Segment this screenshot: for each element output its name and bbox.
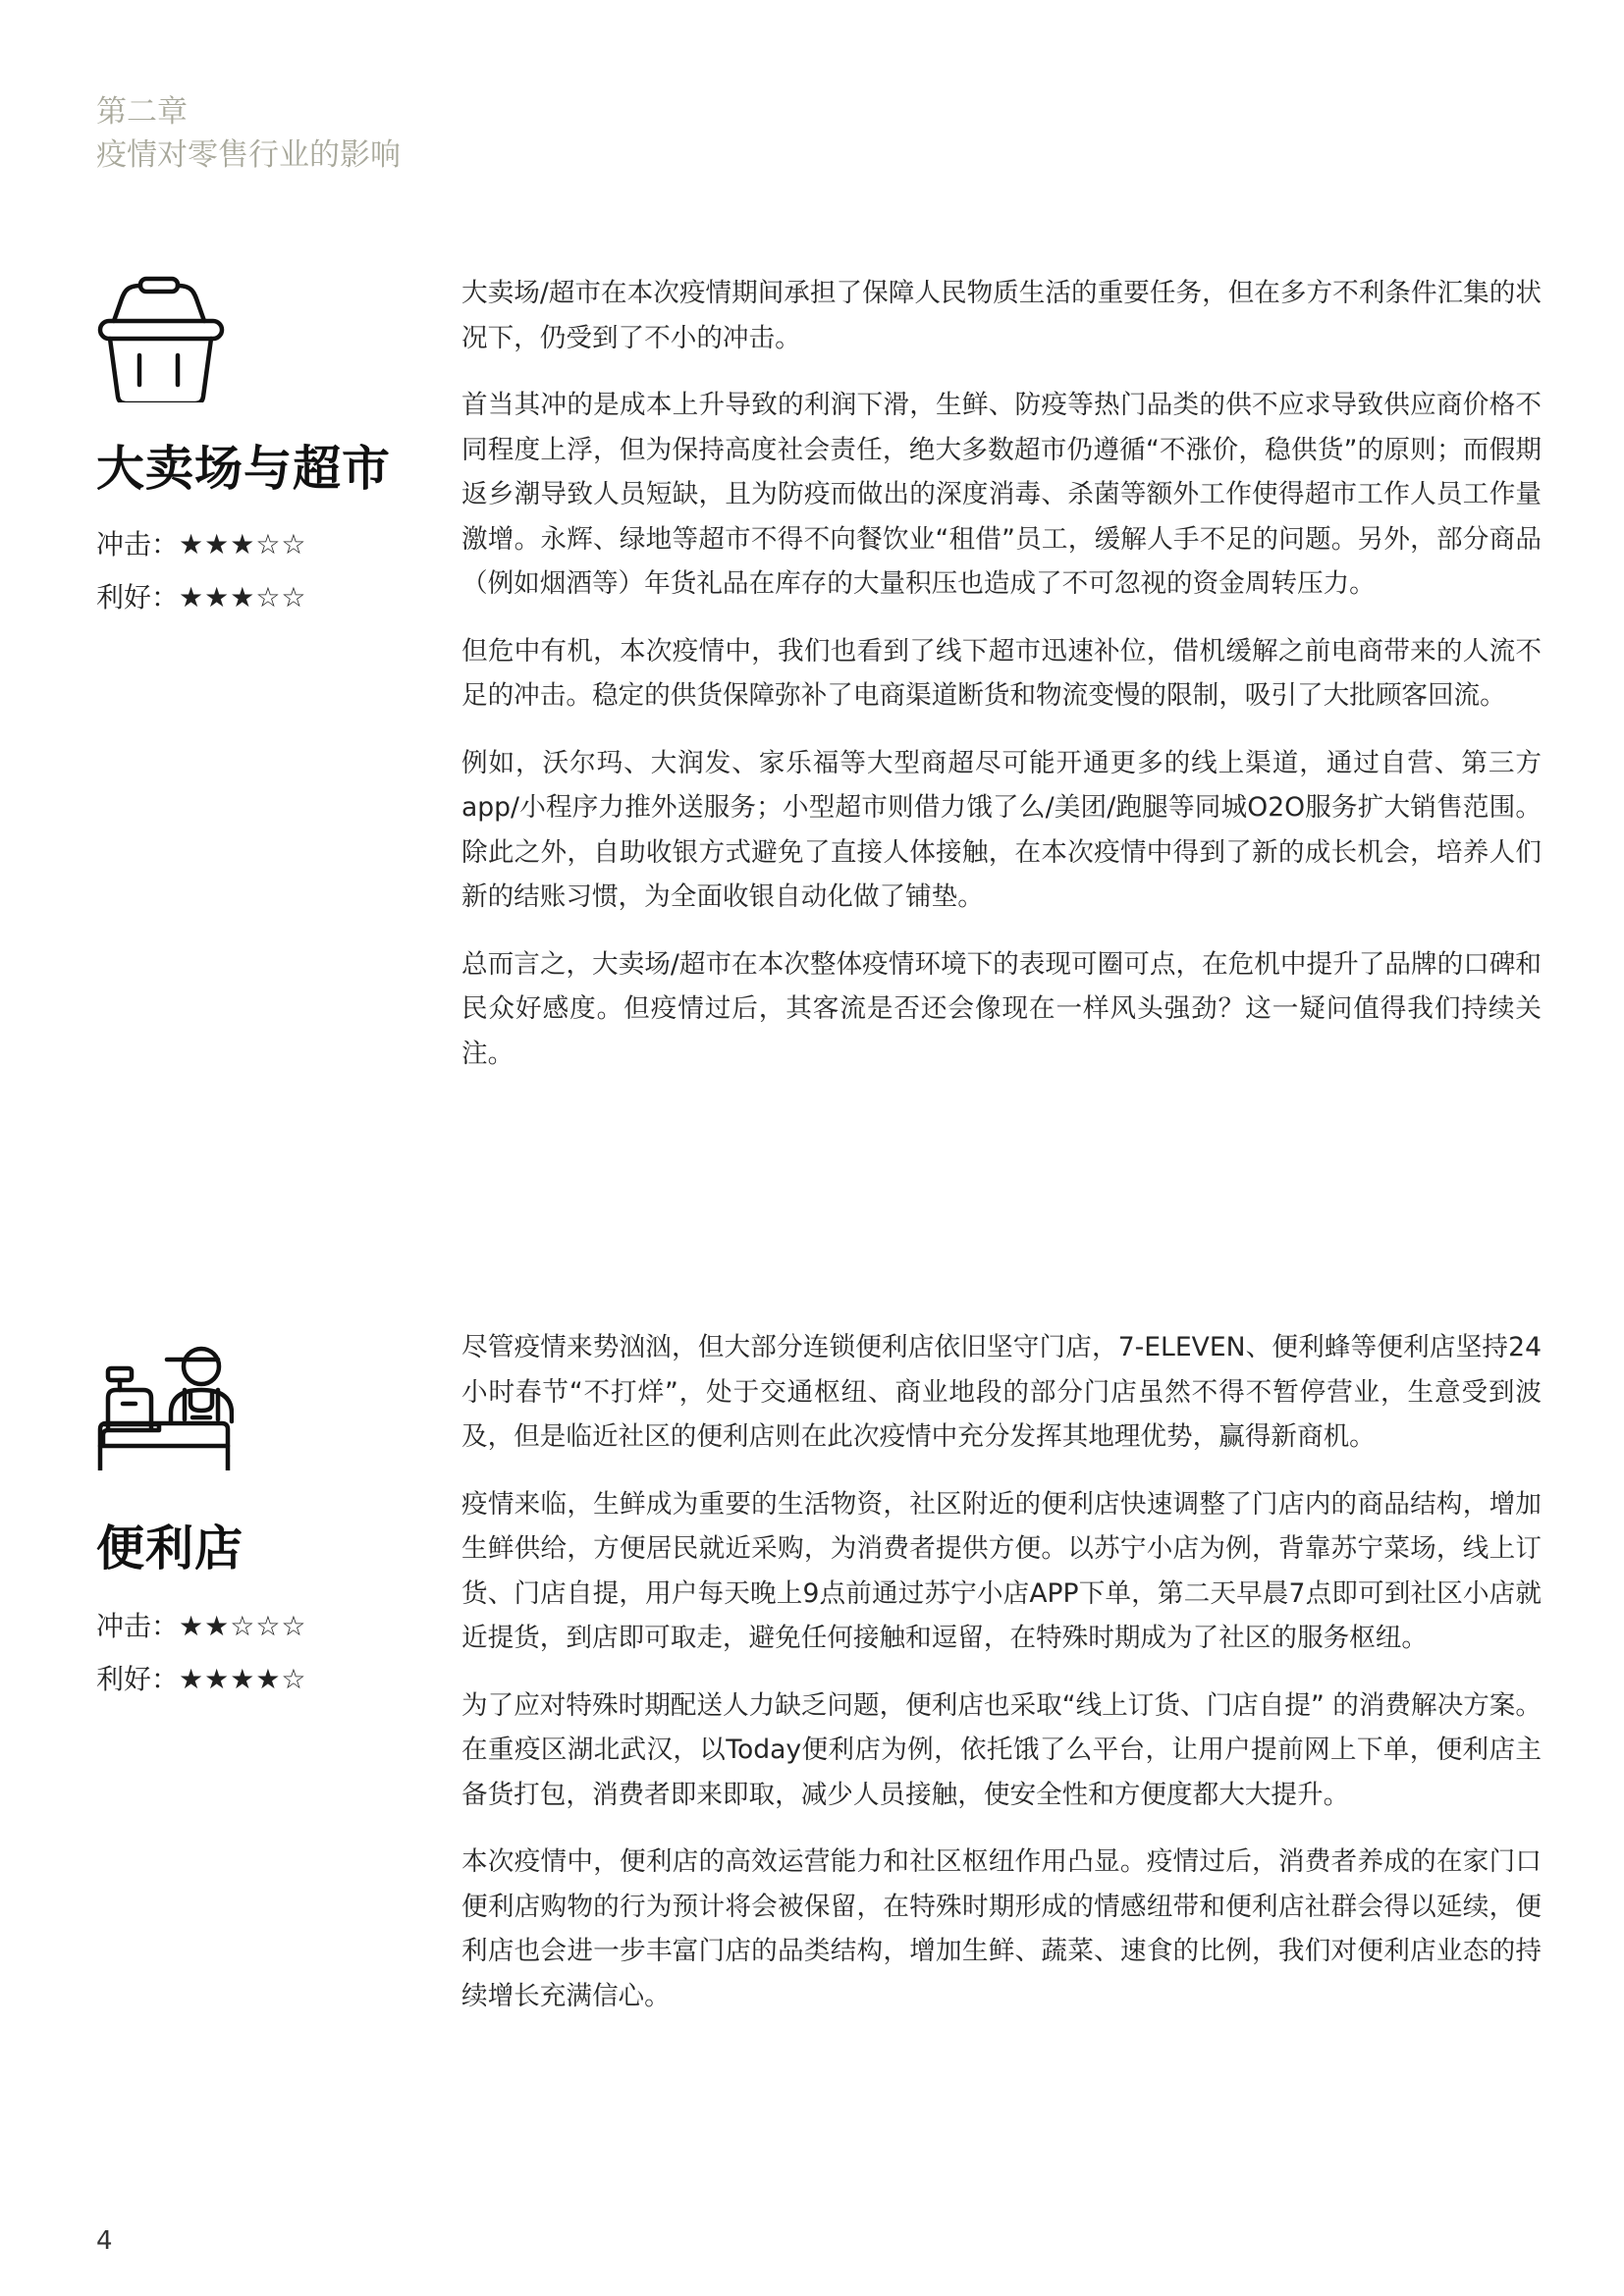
shopping-basket-icon (96, 275, 430, 402)
benefit-label: 利好： (96, 1663, 179, 1695)
paragraph: 例如，沃尔玛、大润发、家乐福等大型商超尽可能开通更多的线上渠道，通过自营、第三方… (461, 741, 1542, 920)
page-number: 4 (96, 2226, 113, 2256)
benefit-rating: 利好：★★★★☆ (96, 1653, 430, 1706)
paragraph: 疫情来临，生鲜成为重要的生活物资，社区附近的便利店快速调整了门店内的商品结构，增… (461, 1482, 1542, 1661)
benefit-label: 利好： (96, 581, 179, 614)
chapter-header: 第二章 疫情对零售行业的影响 (96, 90, 401, 177)
impact-stars: ★★★☆☆ (179, 528, 307, 561)
impact-label: 冲击： (96, 528, 179, 561)
chapter-subtitle: 疫情对零售行业的影响 (96, 133, 401, 177)
benefit-stars: ★★★★☆ (179, 1663, 307, 1695)
benefit-rating: 利好：★★★☆☆ (96, 571, 430, 624)
section-sidebar: 大卖场与超市 冲击：★★★☆☆ 利好：★★★☆☆ (96, 275, 430, 624)
section-sidebar: 便利店 冲击：★★☆☆☆ 利好：★★★★☆ (96, 1343, 430, 1706)
impact-rating: 冲击：★★☆☆☆ (96, 1600, 430, 1653)
paragraph: 本次疫情中，便利店的高效运营能力和社区枢纽作用凸显。疫情过后，消费者养成的在家门… (461, 1840, 1542, 2018)
benefit-stars: ★★★☆☆ (179, 581, 307, 614)
paragraph: 为了应对特殊时期配送人力缺乏问题，便利店也采取“线上订货、门店自提” 的消费解决… (461, 1683, 1542, 1818)
section-title: 大卖场与超市 (96, 440, 430, 499)
impact-stars: ★★☆☆☆ (179, 1610, 307, 1642)
section-body: 大卖场/超市在本次疫情期间承担了保障人民物质生活的重要任务，但在多方不利条件汇集… (461, 271, 1542, 1098)
paragraph: 首当其冲的是成本上升导致的利润下滑，生鲜、防疫等热门品类的供不应求导致供应商价格… (461, 383, 1542, 607)
paragraph: 尽管疫情来势汹汹，但大部分连锁便利店依旧坚守门店，7-ELEVEN、便利蜂等便利… (461, 1325, 1542, 1460)
paragraph: 但危中有机，本次疫情中，我们也看到了线下超市迅速补位，借机缓解之前电商带来的人流… (461, 629, 1542, 719)
paragraph: 大卖场/超市在本次疫情期间承担了保障人民物质生活的重要任务，但在多方不利条件汇集… (461, 271, 1542, 360)
impact-rating: 冲击：★★★☆☆ (96, 518, 430, 571)
impact-label: 冲击： (96, 1610, 179, 1642)
chapter-number: 第二章 (96, 90, 401, 133)
section-body: 尽管疫情来势汹汹，但大部分连锁便利店依旧坚守门店，7-ELEVEN、便利蜂等便利… (461, 1325, 1542, 2041)
paragraph: 总而言之，大卖场/超市在本次整体疫情环境下的表现可圈可点，在危机中提升了品牌的口… (461, 942, 1542, 1077)
section-title: 便利店 (96, 1520, 430, 1578)
cashier-counter-icon (96, 1343, 430, 1470)
